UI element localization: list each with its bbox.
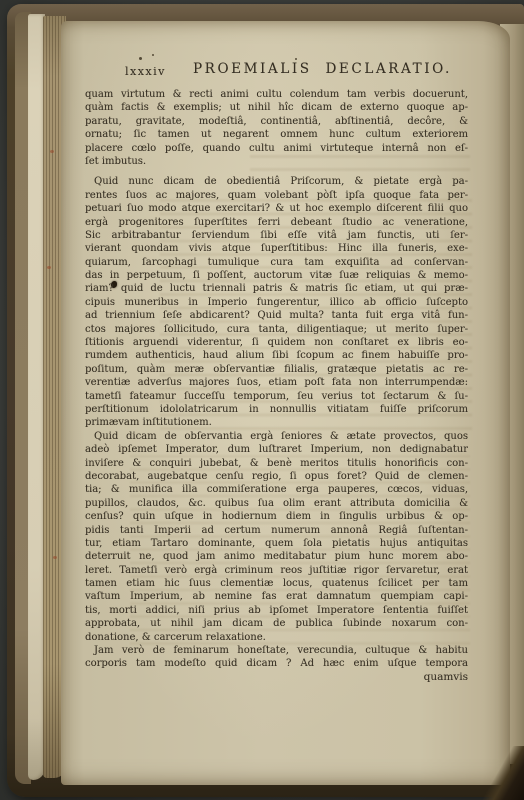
body-text-line: Jam verò de feminarum honeſtate, verecun… bbox=[85, 644, 468, 657]
body-text-line: pupillos, claudos, &c. quibus ſua olim e… bbox=[85, 497, 468, 510]
body-text-line: tia; & munifica illa commiſeratione erga… bbox=[85, 483, 468, 496]
body-text-line: riam? quid de luctu triennali patris & m… bbox=[85, 282, 468, 295]
body-text-line: das in perpetuum, ſi poſſent, auctorum v… bbox=[85, 269, 468, 282]
body-text-line: petuari ſuo modo atque exercitari? & ut … bbox=[85, 202, 468, 215]
body-text-line: Quid dicam de obſervantia ergà ſeniores … bbox=[85, 430, 468, 443]
body-text-line: deterruit ne, quod jam animo meditabatur… bbox=[85, 550, 468, 563]
foxing-spot bbox=[47, 266, 51, 269]
folio-number: lxxxiv bbox=[125, 65, 166, 78]
page-curl-shadow bbox=[482, 746, 524, 800]
body-text-line: approbata, ut nihil jam dicam de publica… bbox=[85, 617, 468, 630]
body-text-line: Sic arbitrabantur ſerviendum ſibi eſſe v… bbox=[85, 229, 468, 242]
body-text-line: adeò ipſemet Imperator, dum luſtraret Im… bbox=[85, 443, 468, 456]
body-text-line: vaſtum Imperium, ab nemine fas erat damn… bbox=[85, 590, 468, 603]
catchword-row: quamvis bbox=[85, 671, 468, 684]
text-block: lxxxiv PROEMIALIS DECLARATIO. quam virtu… bbox=[85, 61, 468, 684]
foxing-spot bbox=[50, 150, 54, 153]
body-text-line: quam virtutum & recti animi cultu colend… bbox=[85, 88, 468, 101]
body-text-line: corporis tam modeſto quid dicam ? Ad hæc… bbox=[85, 657, 468, 670]
body-text-line: ſtitionis arguendi viderentur, ſi quidem… bbox=[85, 336, 468, 349]
body-text-line: rentes ſuos ac majores, quam volebant pò… bbox=[85, 189, 468, 202]
body-text-line: tis, morti addici, niſi prius ab ipſomet… bbox=[85, 604, 468, 617]
body-text-line: verentiæ adverſus majores ſuos, etiam po… bbox=[85, 376, 468, 389]
body-text-line: poſitum, quàm meræ obſervantiæ filialis,… bbox=[85, 363, 468, 376]
body-text-line: inviſere & conquiri jubebat, & benè meri… bbox=[85, 457, 468, 470]
foxing-spot bbox=[53, 556, 57, 559]
running-title: PROEMIALIS DECLARATIO. bbox=[193, 61, 452, 77]
body-text-line: Quid nunc dicam de obedientiâ Priſcorum,… bbox=[85, 175, 468, 188]
body-text-line: decorabat, augebatque cenſu regio, ſi op… bbox=[85, 470, 468, 483]
body-text-line: tamen etiam hic ſuus clementiæ locus, qu… bbox=[85, 577, 468, 590]
body-text-line: cipuis muneribus in Imperio fungerentur,… bbox=[85, 296, 468, 309]
body-text-line: ornatu; ſic tamen ut negarent omnem hunc… bbox=[85, 128, 468, 141]
body-text-line: ctos majores ſollicitudo, cura tanta, di… bbox=[85, 323, 468, 336]
body-text-line: pidis tanti Imperii ad certum numerum an… bbox=[85, 524, 468, 537]
body-text-line: placere cœlo poſſe, quando cultu animi v… bbox=[85, 142, 468, 155]
body-text-line: cenſus? quin uſque in hodiernum diem in … bbox=[85, 510, 468, 523]
body-text-line: perſtitionum idololatricarum in nonnulli… bbox=[85, 403, 468, 416]
body-text-line: ſet imbutus. bbox=[85, 155, 468, 168]
scanned-book-photo: lxxxiv PROEMIALIS DECLARATIO. quam virtu… bbox=[0, 0, 524, 800]
paper-speck bbox=[139, 57, 142, 60]
catchword: quamvis bbox=[424, 671, 468, 683]
body-text: quam virtutum & recti animi cultu colend… bbox=[85, 88, 468, 671]
body-text-line: paratu, gravitate, modeſtiâ, continentiâ… bbox=[85, 115, 468, 128]
body-text-line: quiarum, ſarcophagi tumulique cura tam e… bbox=[85, 256, 468, 269]
body-text-line: donatione, & carcerum relaxatione. bbox=[85, 631, 468, 644]
paper-speck bbox=[295, 58, 297, 60]
body-text-line: tametſi fateamur ſucceſſu temporum, ſeu … bbox=[85, 390, 468, 403]
body-text-line: leret. Tametſi verò ergà criminum reos j… bbox=[85, 564, 468, 577]
body-text-line: primævam inſtitutionem. bbox=[85, 416, 468, 429]
body-text-line: ad triennium ſeſe abdicarent? Quid multa… bbox=[85, 309, 468, 322]
body-text-line: rumdem authenticis, haud alium ſibi ſcop… bbox=[85, 349, 468, 362]
body-text-line: quàm factis & exemplis; ut nihil hîc dic… bbox=[85, 101, 468, 114]
body-text-line: ergà progenitores ſuperſtites ferri debe… bbox=[85, 216, 468, 229]
body-text-line: vierant quondam vivis atque ſuperſtitibu… bbox=[85, 242, 468, 255]
paper-speck bbox=[152, 54, 154, 56]
body-text-line: tur, etiam Tartaro dominante, quem ſola … bbox=[85, 537, 468, 550]
page-header: lxxxiv PROEMIALIS DECLARATIO. bbox=[85, 61, 468, 78]
